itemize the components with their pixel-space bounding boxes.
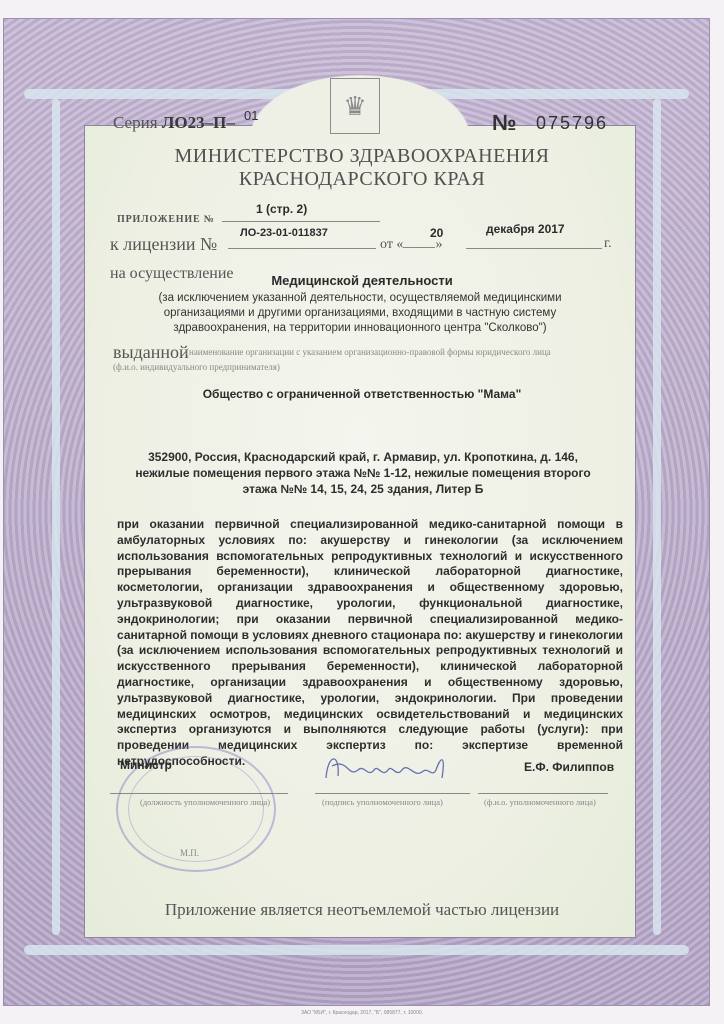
appendix-underline: [222, 221, 380, 222]
seal-label: М.П.: [180, 848, 199, 858]
printer-imprint: ЗАО "КБИ", г. Краснодар, 2017, "Б", 0858…: [0, 1010, 724, 1016]
organization-name: Общество с ограниченной ответственностью…: [0, 387, 724, 401]
name-caption: (ф.и.о. уполномоченного лица): [484, 797, 596, 807]
license-number: ЛО-23-01-011837: [240, 227, 328, 239]
position-line: [110, 793, 288, 794]
border-wave-left: [52, 99, 60, 935]
number-mark: №: [492, 110, 517, 136]
name-line: [478, 793, 608, 794]
license-day: 20: [430, 226, 443, 240]
series-number: 01: [244, 108, 258, 123]
activity-title: Медицинской деятельности: [0, 273, 724, 288]
license-month-year: декабря 2017: [486, 222, 565, 236]
position-caption: (должность уполномоченного лица): [140, 797, 270, 807]
issued-caption: (наименование организации с указанием ор…: [186, 347, 551, 357]
signature-icon: [318, 748, 458, 788]
signatory-name: Е.Ф. Филиппов: [524, 760, 614, 774]
footer-note: Приложение является неотъемлемой частью …: [0, 900, 724, 920]
appendix-label: ПРИЛОЖЕНИЕ №: [117, 214, 215, 225]
coat-of-arms-icon: ♛: [330, 78, 380, 134]
activity-note: (за исключением указанной деятельности, …: [150, 291, 570, 336]
border-wave-right: [653, 99, 661, 935]
date-underline: [466, 248, 602, 249]
organization-address: 352900, Россия, Краснодарский край, г. А…: [120, 449, 606, 497]
series-label: Серия ЛО23–П–: [113, 113, 235, 133]
signatory-position: Министр: [120, 758, 172, 772]
form-number: 075796: [536, 113, 608, 134]
year-suffix: г.: [604, 236, 612, 252]
appendix-value: 1 (стр. 2): [256, 202, 307, 216]
services-description: при оказании первичной специализированно…: [117, 517, 623, 770]
series-code: ЛО23–П–: [162, 113, 235, 132]
license-underline: [228, 248, 376, 249]
signature-caption: (подпись уполномоченного лица): [322, 797, 443, 807]
ministry-title-line2: КРАСНОДАРСКОГО КРАЯ: [0, 168, 724, 191]
issued-label: выданной: [113, 342, 189, 363]
border-wave-bottom: [24, 945, 689, 955]
signature-line: [315, 793, 470, 794]
license-label: к лицензии №: [110, 234, 217, 255]
issued-caption-2: (ф.и.о. индивидуального предпринимателя): [113, 362, 280, 372]
ministry-title-line1: МИНИСТЕРСТВО ЗДРАВООХРАНЕНИЯ: [0, 145, 724, 168]
